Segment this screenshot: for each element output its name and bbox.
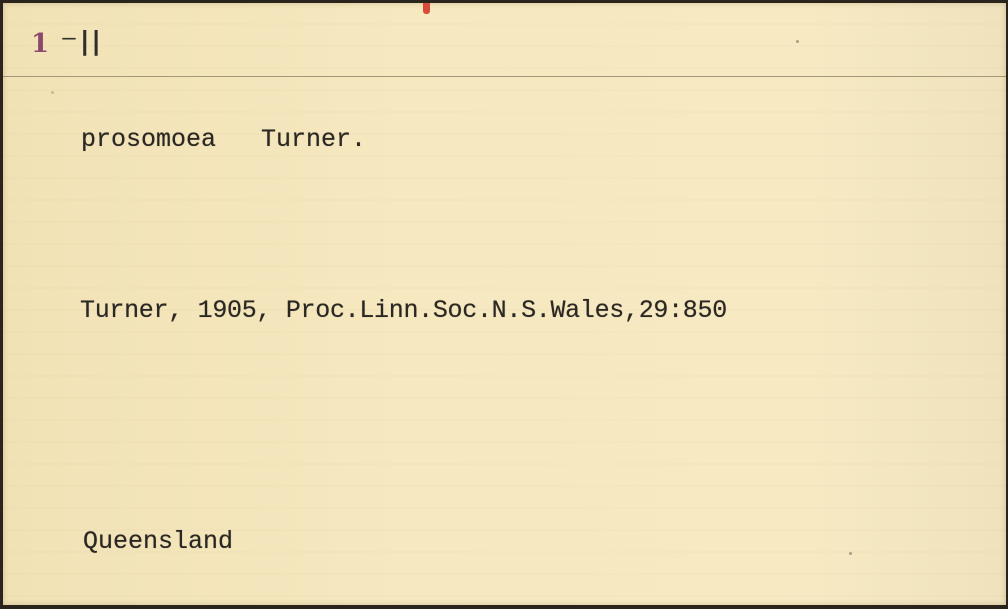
citation-reference: Turner, 1905, Proc.Linn.Soc.N.S.Wales,29… bbox=[80, 296, 727, 325]
handwritten-card-number: 1 bbox=[31, 29, 49, 59]
paper-speck bbox=[849, 552, 852, 555]
paper-speck bbox=[51, 91, 54, 94]
paper-speck bbox=[796, 40, 799, 43]
handwritten-marks: ⁻ll bbox=[60, 25, 103, 65]
red-tab-marker bbox=[423, 3, 430, 14]
index-card: 1 ⁻ll prosomoea Turner. Turner, 1905, Pr… bbox=[3, 3, 1006, 605]
locality: Queensland bbox=[83, 527, 233, 556]
header-rule-line bbox=[3, 76, 1006, 77]
species-name: prosomoea Turner. bbox=[81, 125, 366, 154]
